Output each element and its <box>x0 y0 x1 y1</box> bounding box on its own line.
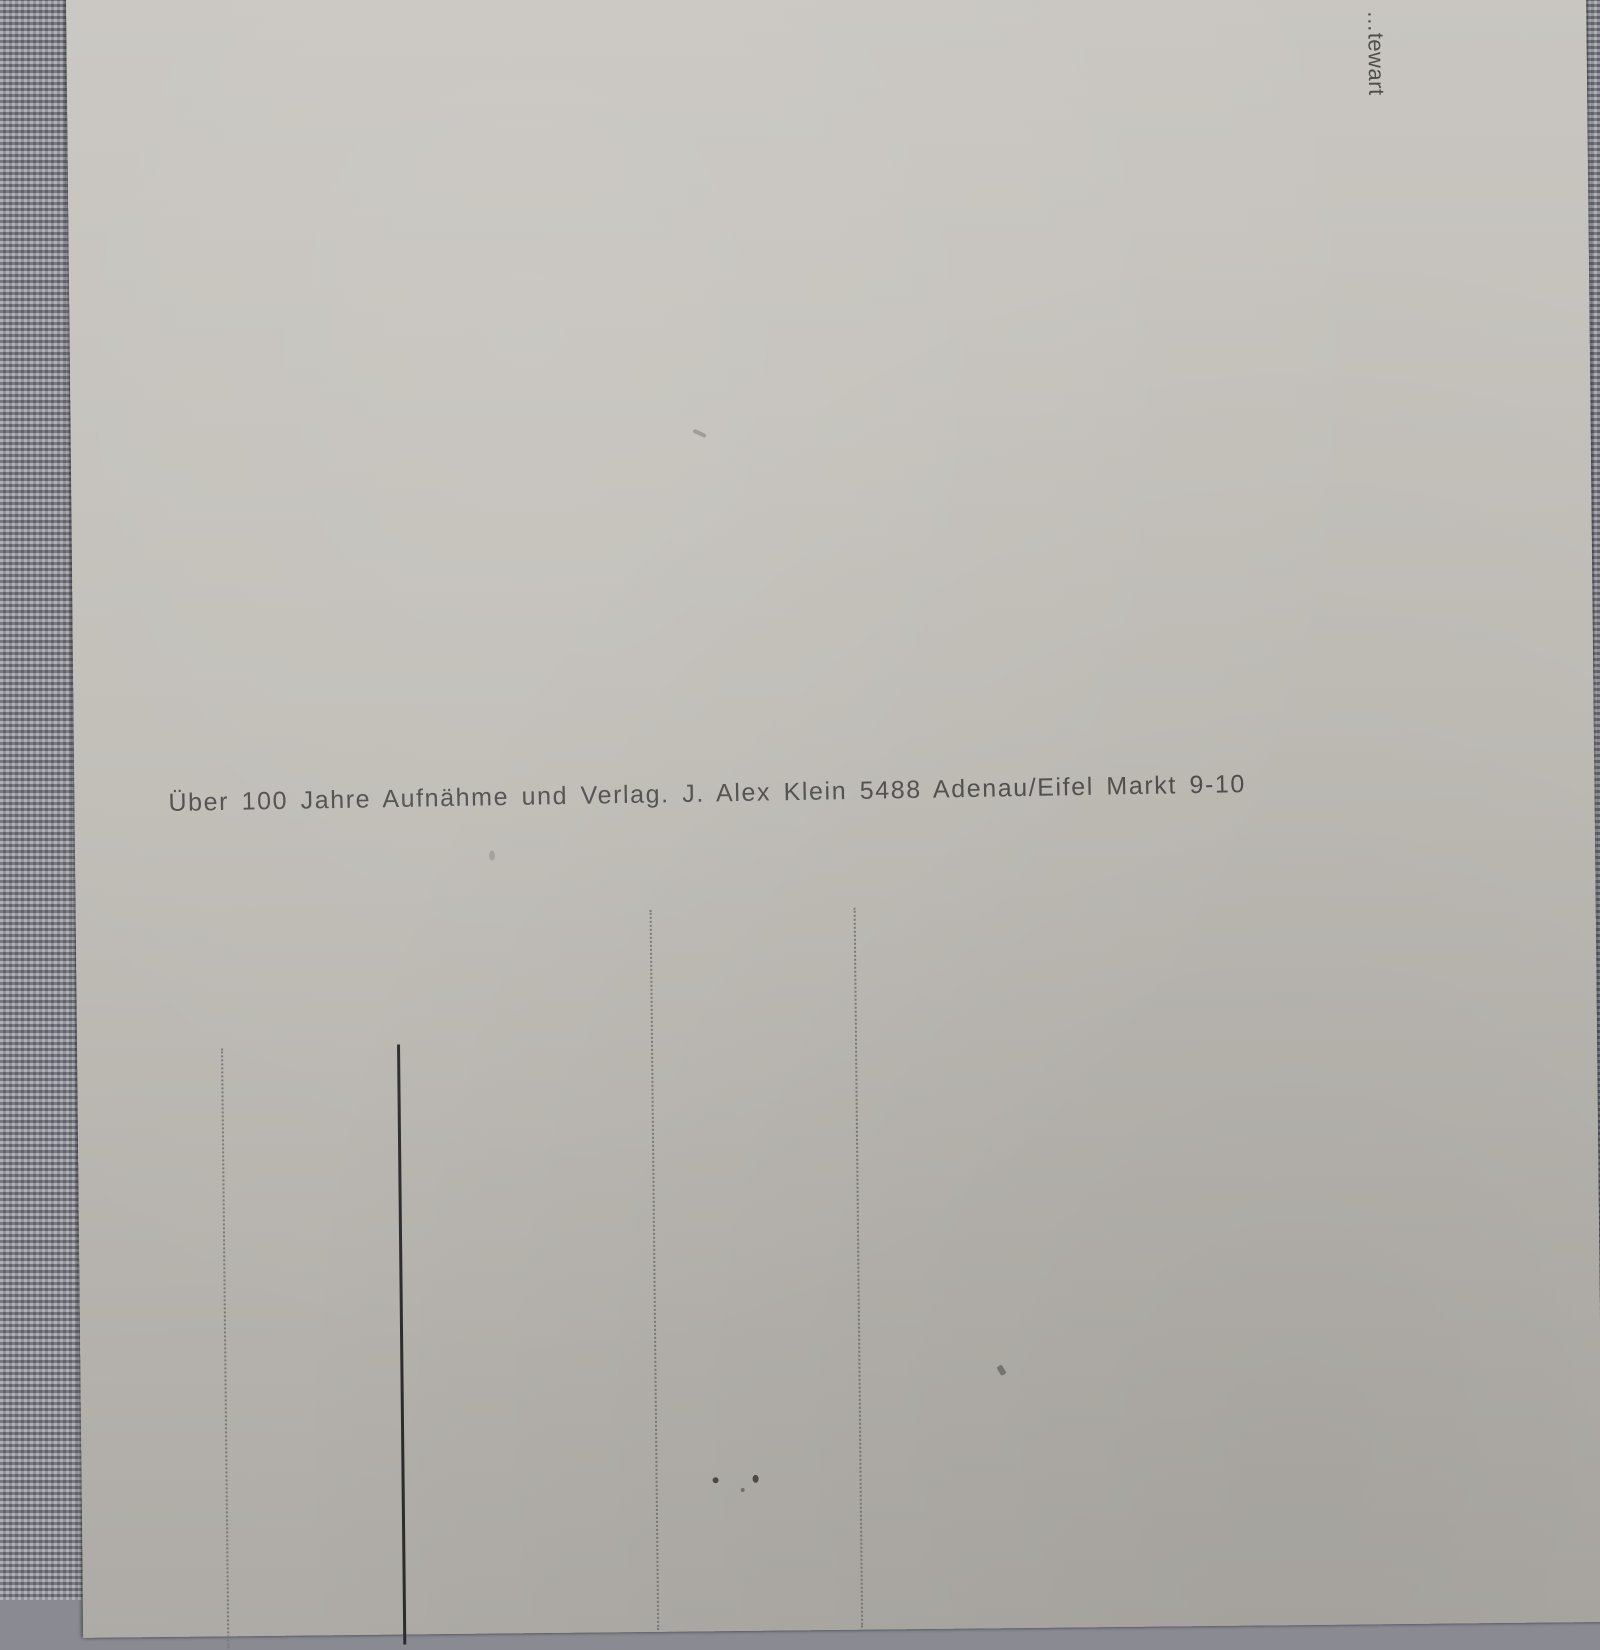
postcard-back: …tewart Über 100 Jahre Aufnähme und Verl… <box>66 0 1600 1600</box>
solid-divider-line <box>397 1045 406 1600</box>
dotted-address-line <box>854 908 864 1600</box>
dirt-speck <box>489 851 495 861</box>
publisher-imprint: Über 100 Jahre Aufnähme und Verlag. J. A… <box>168 770 1246 818</box>
dirt-speck <box>753 1475 759 1483</box>
dirt-speck <box>692 429 706 438</box>
dotted-divider-line <box>221 1048 229 1600</box>
dirt-speck <box>713 1477 719 1483</box>
dirt-speck <box>741 1488 745 1492</box>
dirt-speck <box>996 1364 1006 1376</box>
dotted-address-line <box>650 910 660 1600</box>
photo-credit-rotated: …tewart <box>1362 10 1389 96</box>
